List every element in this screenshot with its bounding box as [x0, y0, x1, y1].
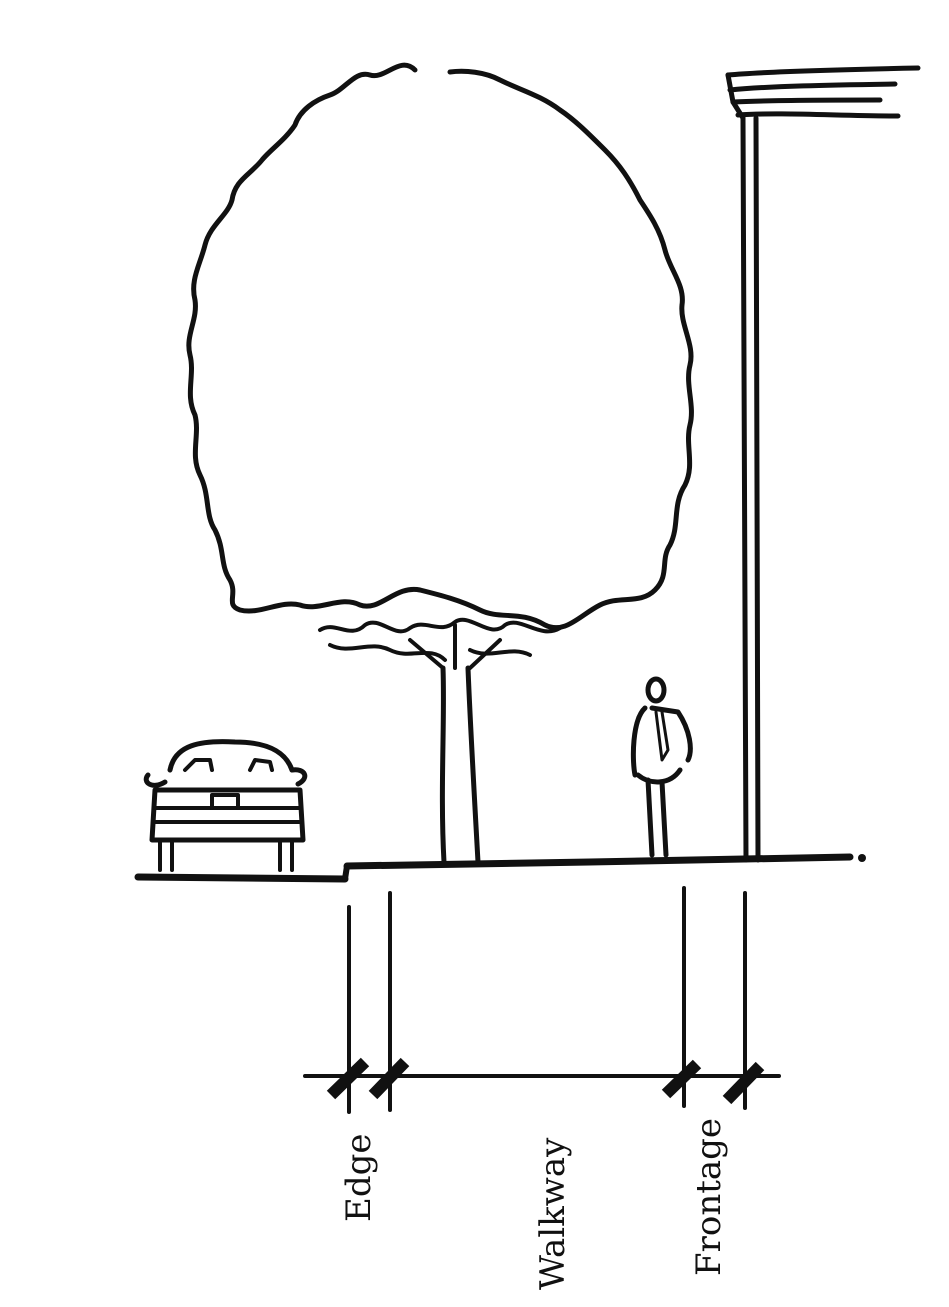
tree-trunk [442, 668, 478, 862]
zone-label-frontage: Frontage [692, 1118, 726, 1276]
street-surface [138, 877, 345, 879]
zone-label-walkway: Walkway [536, 1138, 570, 1290]
canopy-scribble [320, 620, 560, 660]
tree-branches [410, 625, 500, 668]
building-facade [728, 68, 918, 860]
tree-canopy [189, 65, 692, 628]
dimension-ticks [331, 1062, 760, 1100]
pedestrian-icon [633, 679, 690, 855]
zone-label-edge: Edge [342, 1134, 376, 1222]
street-section-drawing [0, 0, 949, 1307]
sidewalk-surface [347, 857, 850, 866]
dimension-lines [305, 888, 779, 1112]
car-icon [146, 742, 305, 870]
